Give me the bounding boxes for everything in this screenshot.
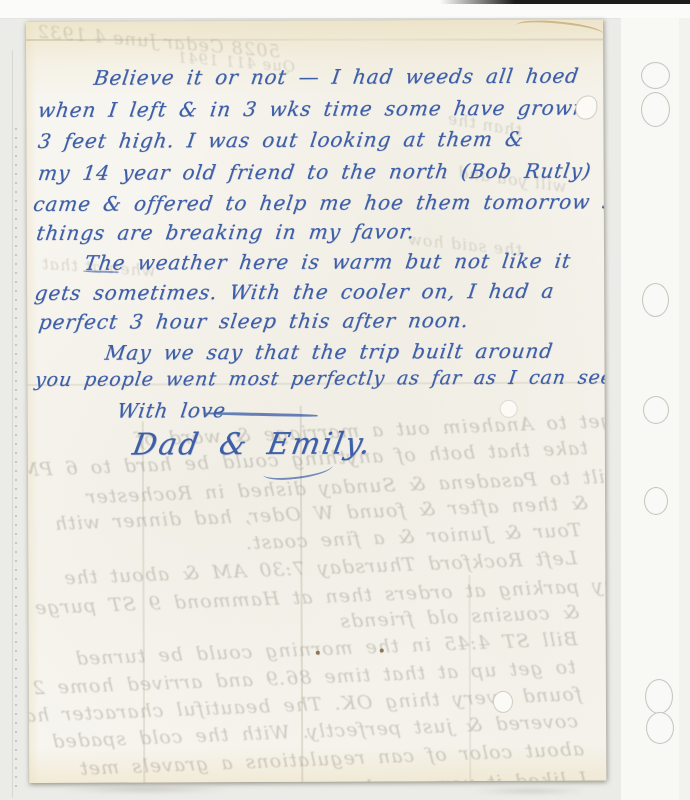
pin-hole: [380, 648, 384, 652]
scanned-letter-page: get to Anaheim out a marriage & word oft…: [0, 0, 690, 800]
handwritten-line: Believe it or not — I had weeds all hoed: [92, 64, 580, 90]
handwritten-line: gets sometimes. With the cooler on, I ha…: [33, 279, 556, 305]
punch-hole: [642, 283, 669, 317]
handwritten-line: May we say that the trip built around: [103, 339, 554, 365]
punch-hole: [644, 487, 668, 515]
bleed-through-layer: get to Anaheim out a marriage & word oft…: [26, 19, 603, 22]
closing-line: With love: [116, 398, 228, 422]
punch-hole: [641, 92, 670, 127]
handwritten-line: things are breaking in my favor.: [35, 219, 417, 245]
punch-hole: [643, 396, 669, 424]
pin-hole: [316, 651, 320, 655]
glass-smudge: [55, 786, 235, 793]
glass-smudge: [470, 788, 590, 794]
signature: Dad & Emily.: [130, 426, 375, 462]
film-edge-ticks: [15, 128, 17, 790]
paper-hole: [575, 96, 597, 120]
handwritten-line: 3 feet high. I was out looking at them &: [37, 127, 526, 153]
paper-hole: [500, 400, 518, 418]
punch-hole: [646, 712, 674, 744]
handwritten-line: my 14 year old friend to the north (Bob …: [37, 159, 593, 185]
punch-hole: [641, 62, 670, 89]
scan-edge-line: [12, 50, 13, 798]
handwritten-line: came & offered to help me hoe them tomor…: [32, 189, 606, 216]
punch-hole: [645, 679, 673, 714]
handwritten-line: The weather here is warm but not like it: [83, 249, 573, 275]
paper-hole: [493, 691, 513, 713]
letter-paper: get to Anaheim out a marriage & word oft…: [26, 19, 606, 783]
handwritten-line: you people went most perfectly as far as…: [34, 366, 607, 391]
handwritten-line: when I left & in 3 wks time some have gr…: [36, 96, 588, 122]
handwritten-line: perfect 3 hour sleep this after noon.: [37, 308, 470, 334]
scanner-lid-shadow: [440, 0, 690, 4]
handwriting-layer: Believe it or not — I had weeds all hoed…: [26, 19, 603, 22]
binder-strip-outer: [679, 18, 690, 800]
